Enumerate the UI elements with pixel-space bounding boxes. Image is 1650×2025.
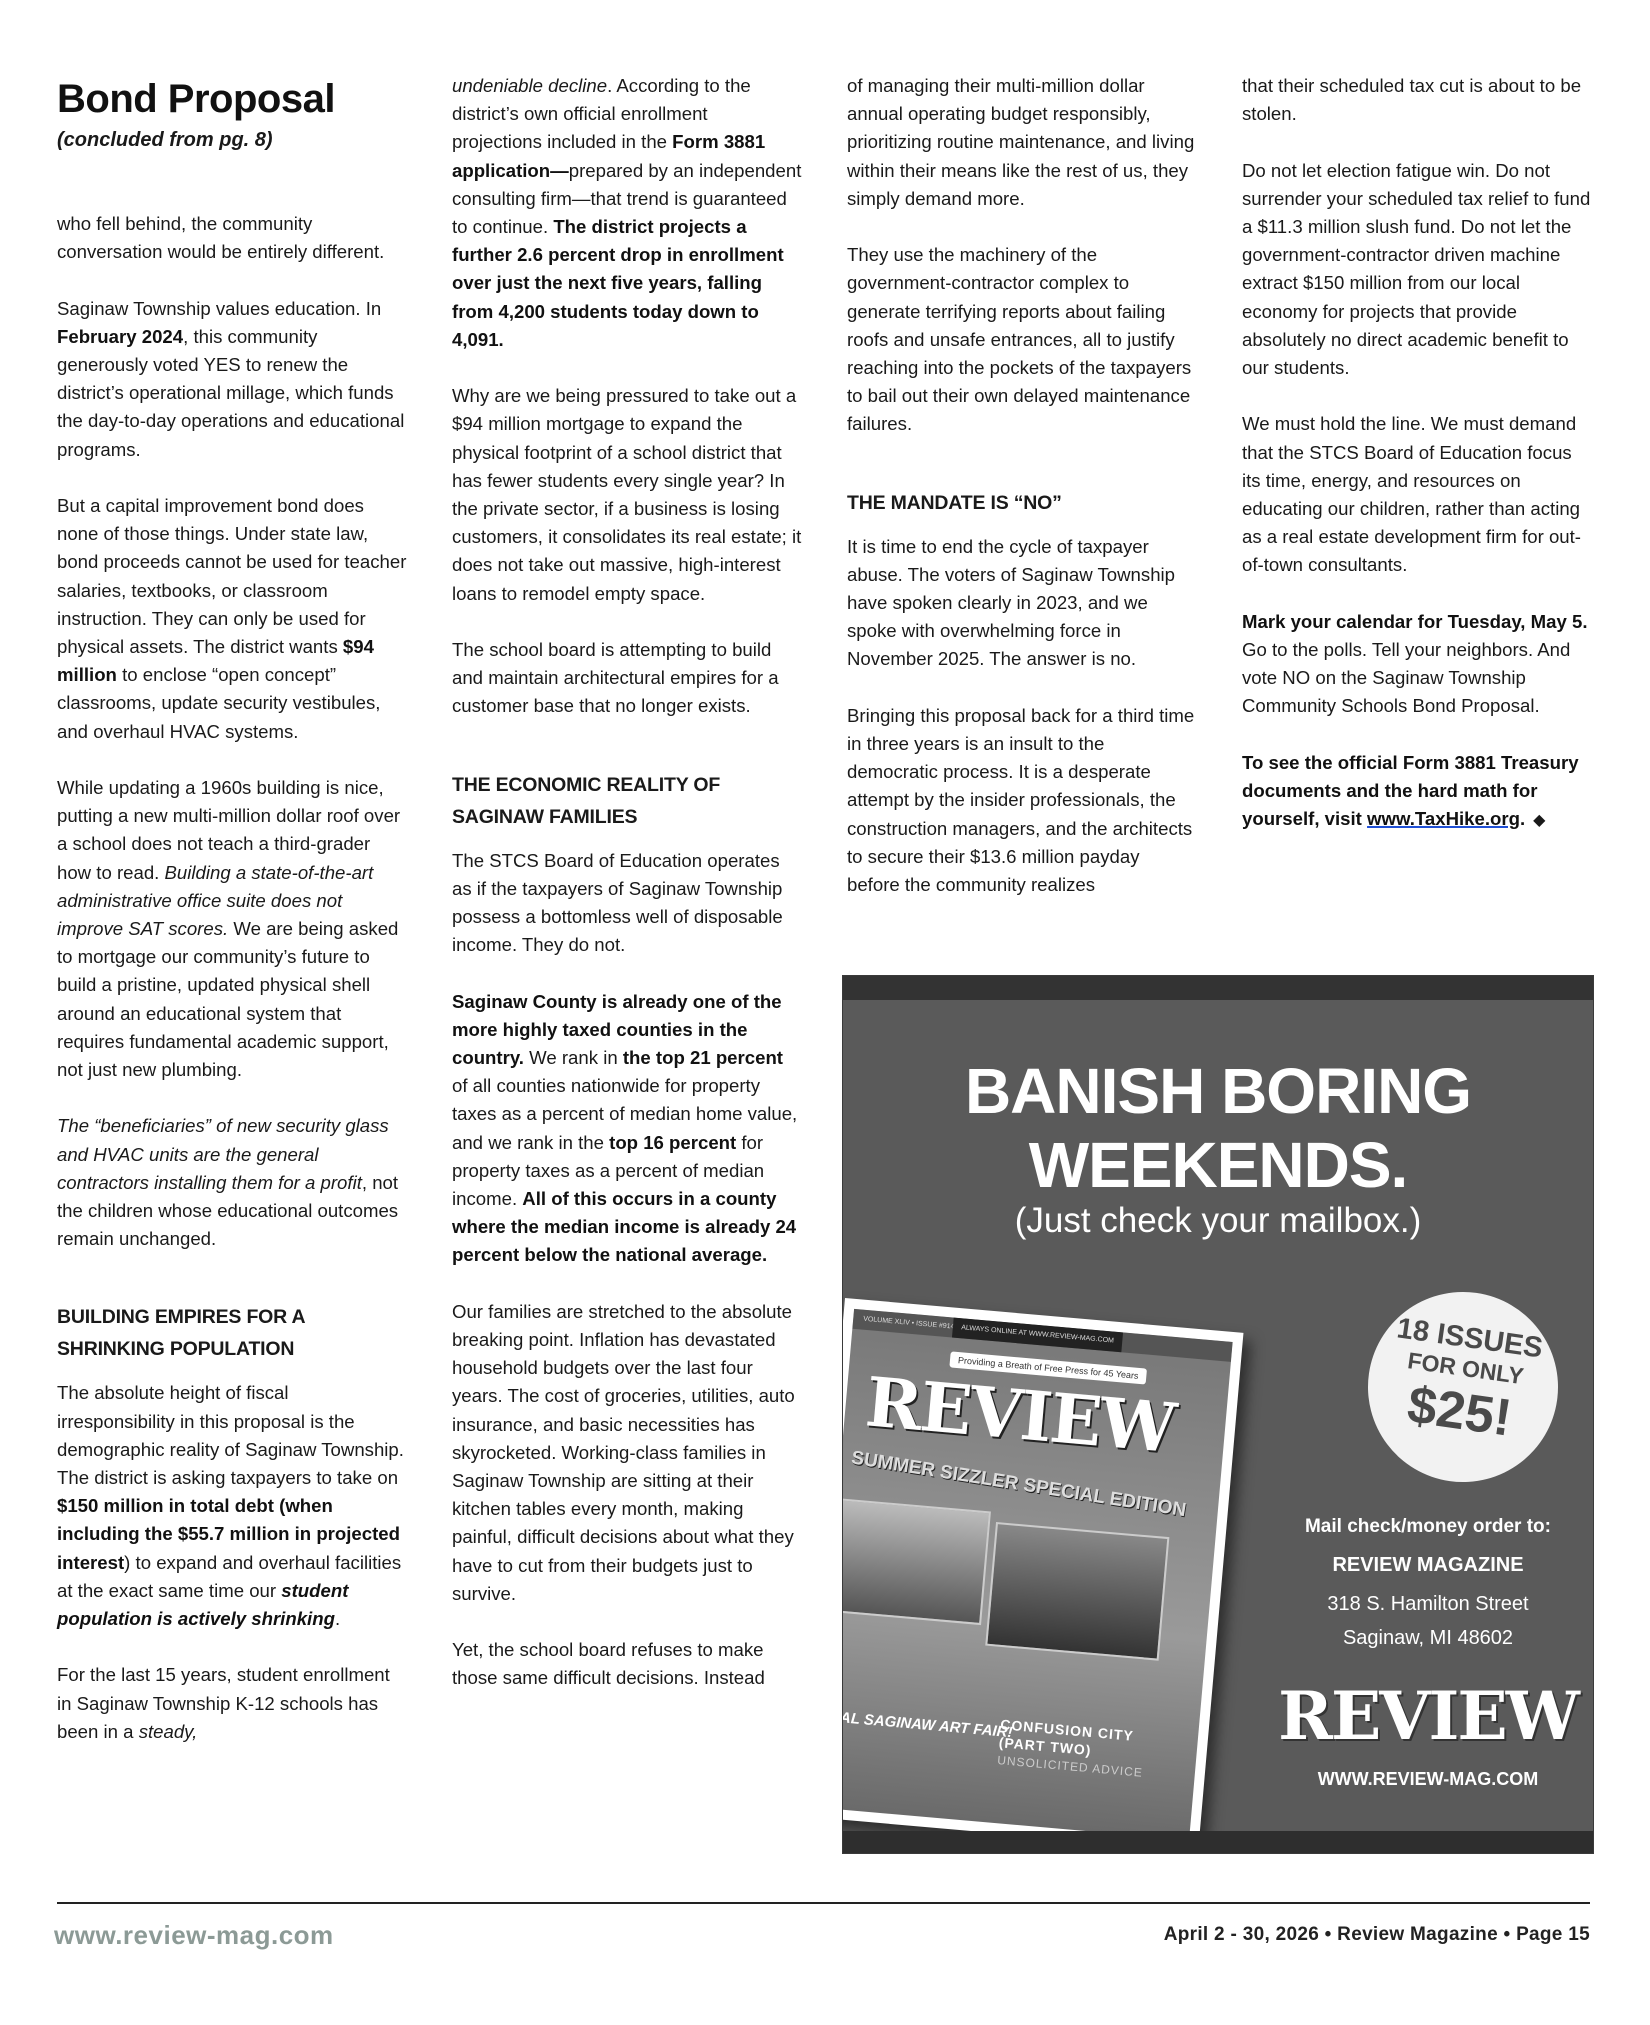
ad-subheadline: (Just check your mailbox.) — [843, 1201, 1593, 1241]
section-heading: BUILDING EMPIRES FOR A SHRINKING POPULAT… — [57, 1301, 407, 1365]
article-column-3: of managing their multi-million dollar a… — [847, 72, 1197, 927]
paragraph: that their scheduled tax cut is about to… — [1242, 72, 1592, 128]
cover-art-fair-text: NNAL SAGINAW ART FAIR! — [842, 1707, 1013, 1741]
paragraph: The absolute height of fiscal irresponsi… — [57, 1379, 407, 1633]
paragraph: The school board is attempting to build … — [452, 636, 802, 721]
mail-city: Saginaw, MI 48602 — [1263, 1621, 1593, 1655]
review-logo: REVIEW — [1263, 1677, 1593, 1755]
footer-website[interactable]: www.review-mag.com — [54, 1920, 334, 1951]
paragraph: Bringing this proposal back for a third … — [847, 702, 1197, 899]
mail-street: 318 S. Hamilton Street — [1263, 1587, 1593, 1621]
paragraph: They use the machinery of the government… — [847, 241, 1197, 438]
ad-website: WWW.REVIEW-MAG.COM — [1263, 1769, 1593, 1790]
paragraph: Why are we being pressured to take out a… — [452, 382, 802, 608]
paragraph: Our families are stretched to the absolu… — [452, 1298, 802, 1608]
mail-recipient: REVIEW MAGAZINE — [1263, 1554, 1593, 1577]
paragraph: of managing their multi-million dollar a… — [847, 72, 1197, 213]
mail-order-info: Mail check/money order to: REVIEW MAGAZI… — [1263, 1516, 1593, 1790]
cover-plus-feature: CONFUSION CITY (PART TWO) UNSOLICITED AD… — [997, 1715, 1147, 1782]
ad-top-bar — [843, 976, 1593, 1000]
paragraph: The “beneficiaries” of new security glas… — [57, 1112, 407, 1253]
section-heading: THE MANDATE IS “NO” — [847, 487, 1197, 519]
paragraph: undeniable decline. According to the dis… — [452, 72, 802, 354]
mail-heading: Mail check/money order to: — [1263, 1516, 1593, 1538]
paragraph: It is time to end the cycle of taxpayer … — [847, 533, 1197, 674]
paragraph: For the last 15 years, student enrollmen… — [57, 1661, 407, 1746]
cover-top-strip: VOLUME XLIV • ISSUE #914 ALWAYS ONLINE A… — [852, 1309, 1232, 1362]
footer-divider — [57, 1902, 1590, 1904]
paragraph: Saginaw Township values education. In Fe… — [57, 295, 407, 464]
cover-photo-band — [842, 1498, 991, 1625]
ad-bottom-bar — [843, 1831, 1593, 1853]
paragraph: Saginaw County is already one of the mor… — [452, 988, 802, 1270]
paragraph: Yet, the school board refuses to make th… — [452, 1636, 802, 1692]
paragraph: The STCS Board of Education operates as … — [452, 847, 802, 960]
article-continuation-note: (concluded from pg. 8) — [57, 126, 407, 154]
footer-issue-info: April 2 - 30, 2026 • Review Magazine • P… — [1164, 1924, 1590, 1946]
ad-headline: BANISH BORING WEEKENDS. — [843, 1054, 1593, 1202]
section-heading: THE ECONOMIC REALITY OF SAGINAW FAMILIES — [452, 769, 802, 833]
cover-photo-mascot — [985, 1522, 1169, 1661]
magazine-cover-image: VOLUME XLIV • ISSUE #914 ALWAYS ONLINE A… — [842, 1298, 1243, 1851]
paragraph: But a capital improvement bond does none… — [57, 492, 407, 746]
paragraph: We must hold the line. We must demand th… — [1242, 410, 1592, 579]
taxhike-link[interactable]: www.TaxHike.org — [1367, 808, 1520, 829]
paragraph: To see the official Form 3881 Treasury d… — [1242, 749, 1592, 836]
article-column-2: undeniable decline. According to the dis… — [452, 72, 802, 1721]
paragraph: While updating a 1960s building is nice,… — [57, 774, 407, 1084]
paragraph: Mark your calendar for Tuesday, May 5. G… — [1242, 608, 1592, 721]
paragraph: who fell behind, the community conversat… — [57, 210, 407, 266]
price-badge: 18 ISSUES FOR ONLY $25! — [1356, 1280, 1571, 1495]
article-title: Bond Proposal — [57, 76, 407, 122]
paragraph: Do not let election fatigue win. Do not … — [1242, 157, 1592, 383]
end-of-article-diamond-icon: ◆ — [1533, 812, 1545, 829]
article-column-1: Bond Proposal (concluded from pg. 8) who… — [57, 72, 407, 1774]
article-column-4: that their scheduled tax cut is about to… — [1242, 72, 1592, 864]
subscription-advertisement: BANISH BORING WEEKENDS. (Just check your… — [842, 975, 1594, 1854]
